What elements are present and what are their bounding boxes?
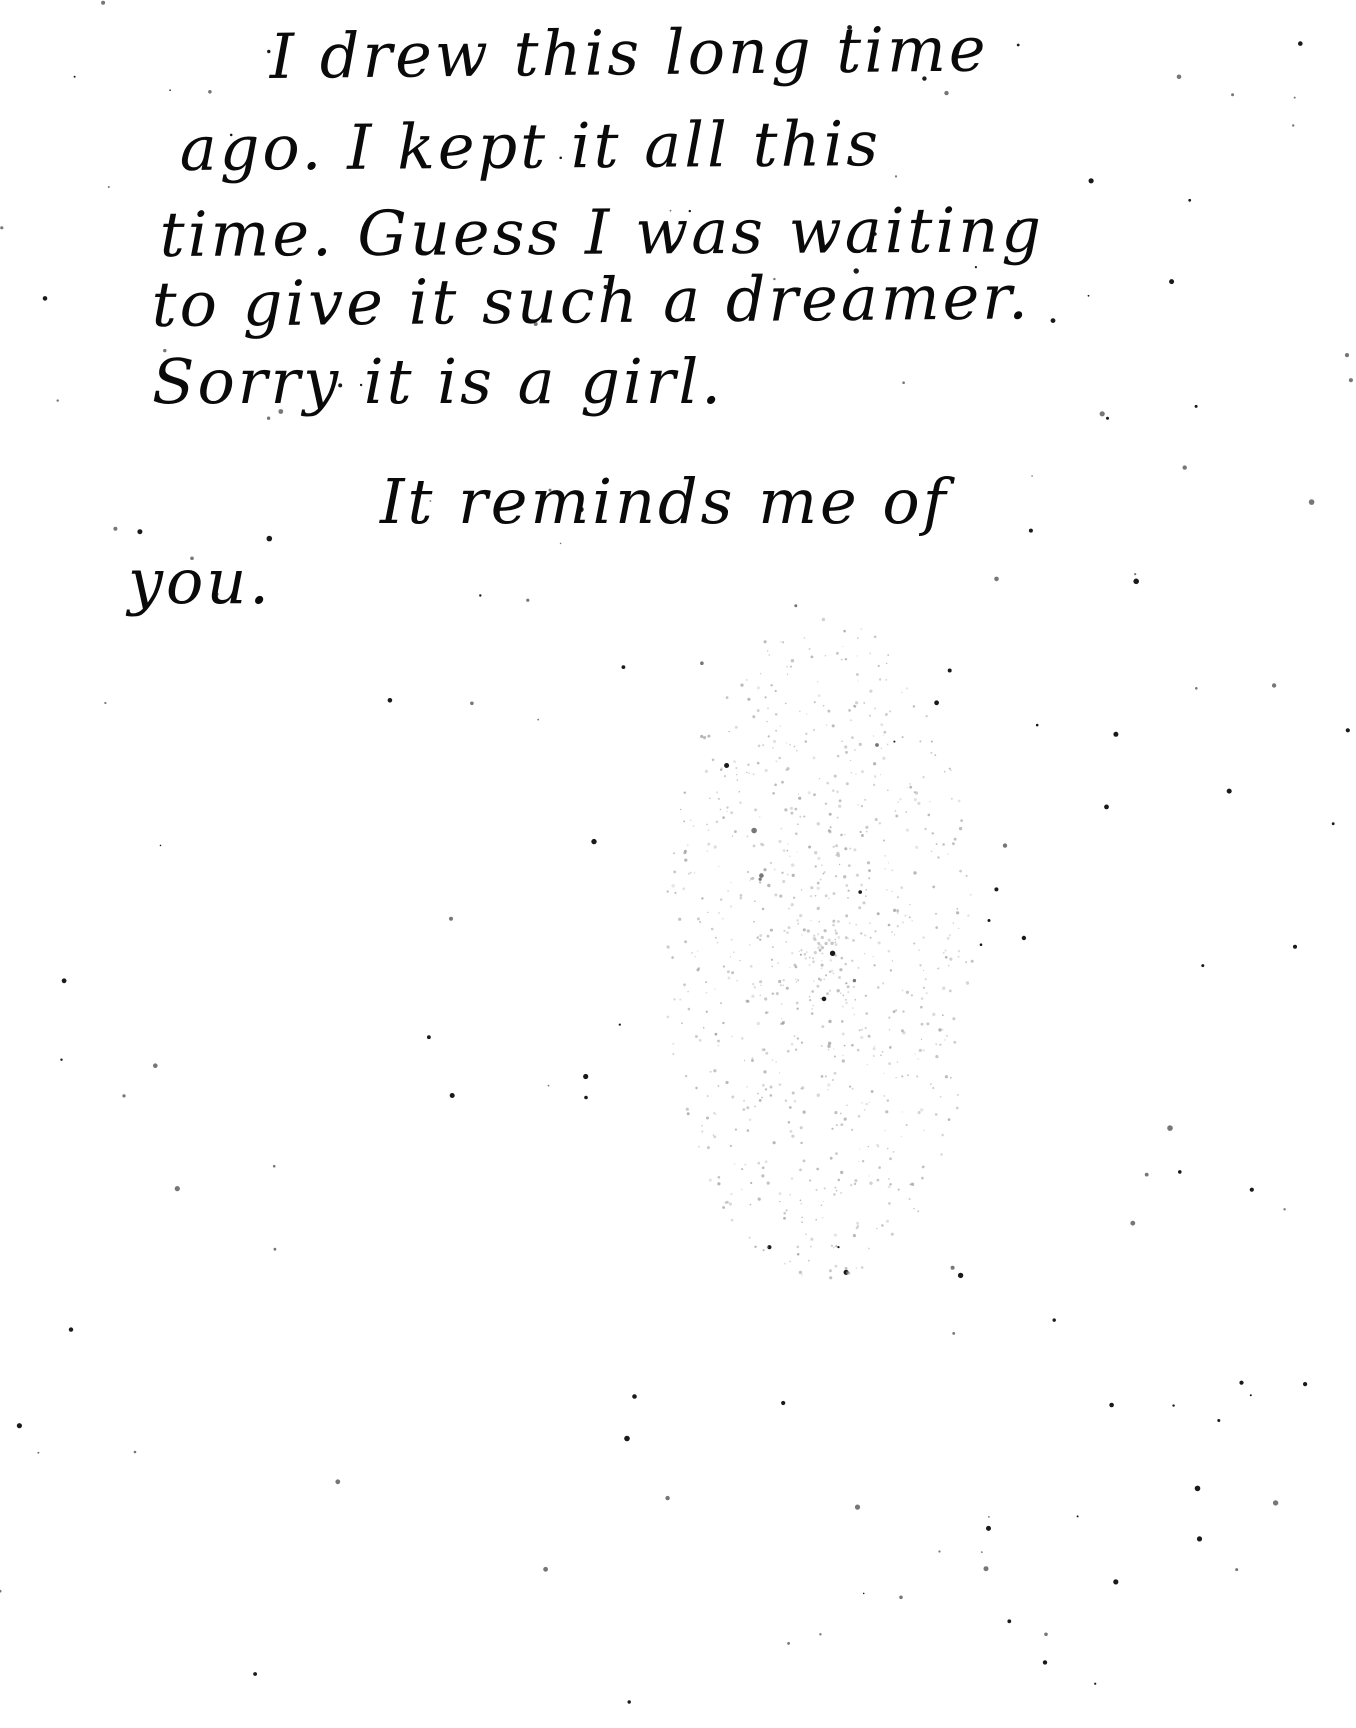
note-line: ago. I kept it all this	[179, 107, 881, 185]
note-line: I drew this long time	[269, 12, 989, 93]
note-line: It reminds me of	[380, 465, 949, 538]
note-line: you.	[128, 545, 272, 618]
scanned-page: I drew this long time ago. I kept it all…	[0, 0, 1356, 1728]
note-line: Sorry it is a girl.	[152, 345, 724, 418]
note-line: to give it such a dreamer.	[151, 260, 1031, 341]
note-line: time. Guess I was waiting	[160, 193, 1044, 271]
